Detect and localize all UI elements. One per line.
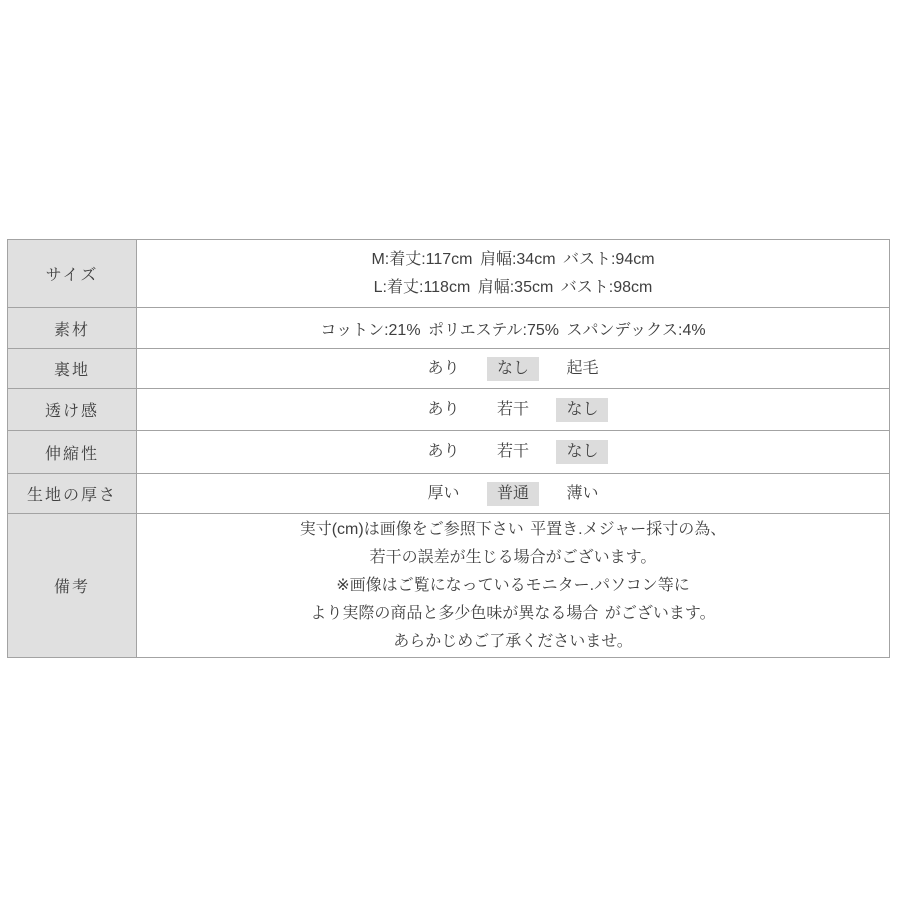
material-value: コットン:21% ポリエステル:75% スパンデックス:4%	[137, 308, 890, 349]
lining-option-kimo: 起毛	[556, 357, 608, 381]
lining-option-ari: あり	[418, 357, 470, 381]
stretch-options: あり 若干 なし	[137, 431, 890, 474]
size-line-m: M:着丈:117cm 肩幅:34cm バスト:94cm	[137, 246, 889, 274]
notes-line-4: より実際の商品と多少色味が異なる場合 がございます。	[137, 600, 889, 628]
row-label-thickness: 生地の厚さ	[8, 474, 137, 514]
table-row-stretch: 伸縮性 あり 若干 なし	[8, 431, 890, 474]
notes-line-2: 若干の誤差が生じる場合がございます。	[137, 544, 889, 572]
row-label-notes: 備考	[8, 514, 137, 658]
table-row-material: 素材 コットン:21% ポリエステル:75% スパンデックス:4%	[8, 308, 890, 349]
lining-option-nashi: なし	[487, 357, 539, 381]
notes-line-3: ※画像はご覧になっているモニター.パソコン等に	[137, 572, 889, 600]
notes-text: 実寸(cm)は画像をご参照下さい 平置き.メジャー採寸の為、 若干の誤差が生じる…	[137, 514, 890, 658]
row-label-material: 素材	[8, 308, 137, 349]
lining-options: あり なし 起毛	[137, 349, 890, 389]
thickness-option-futsuu: 普通	[487, 482, 539, 506]
size-line-l: L:着丈:118cm 肩幅:35cm バスト:98cm	[137, 274, 889, 302]
sheerness-option-nashi: なし	[556, 398, 608, 422]
stretch-option-ari: あり	[418, 440, 470, 464]
sheerness-option-jakkan: 若干	[487, 398, 539, 422]
thickness-option-usui: 薄い	[556, 482, 608, 506]
notes-line-5: あらかじめご了承くださいませ。	[137, 628, 889, 656]
row-label-size: サイズ	[8, 240, 137, 308]
sheerness-options: あり 若干 なし	[137, 389, 890, 431]
table-row-notes: 備考 実寸(cm)は画像をご参照下さい 平置き.メジャー採寸の為、 若干の誤差が…	[8, 514, 890, 658]
product-spec-page: サイズ M:着丈:117cm 肩幅:34cm バスト:94cm L:着丈:118…	[0, 0, 900, 900]
table-row-lining: 裏地 あり なし 起毛	[8, 349, 890, 389]
sheerness-option-ari: あり	[418, 398, 470, 422]
thickness-options: 厚い 普通 薄い	[137, 474, 890, 514]
row-label-sheerness: 透け感	[8, 389, 137, 431]
row-label-stretch: 伸縮性	[8, 431, 137, 474]
size-values: M:着丈:117cm 肩幅:34cm バスト:94cm L:着丈:118cm 肩…	[137, 240, 890, 308]
stretch-option-jakkan: 若干	[487, 440, 539, 464]
thickness-option-atsui: 厚い	[418, 482, 470, 506]
stretch-option-nashi: なし	[556, 440, 608, 464]
notes-line-1: 実寸(cm)は画像をご参照下さい 平置き.メジャー採寸の為、	[137, 516, 889, 544]
table-row-thickness: 生地の厚さ 厚い 普通 薄い	[8, 474, 890, 514]
table-row-sheerness: 透け感 あり 若干 なし	[8, 389, 890, 431]
product-spec-table: サイズ M:着丈:117cm 肩幅:34cm バスト:94cm L:着丈:118…	[7, 239, 890, 658]
table-row-size: サイズ M:着丈:117cm 肩幅:34cm バスト:94cm L:着丈:118…	[8, 240, 890, 308]
row-label-lining: 裏地	[8, 349, 137, 389]
